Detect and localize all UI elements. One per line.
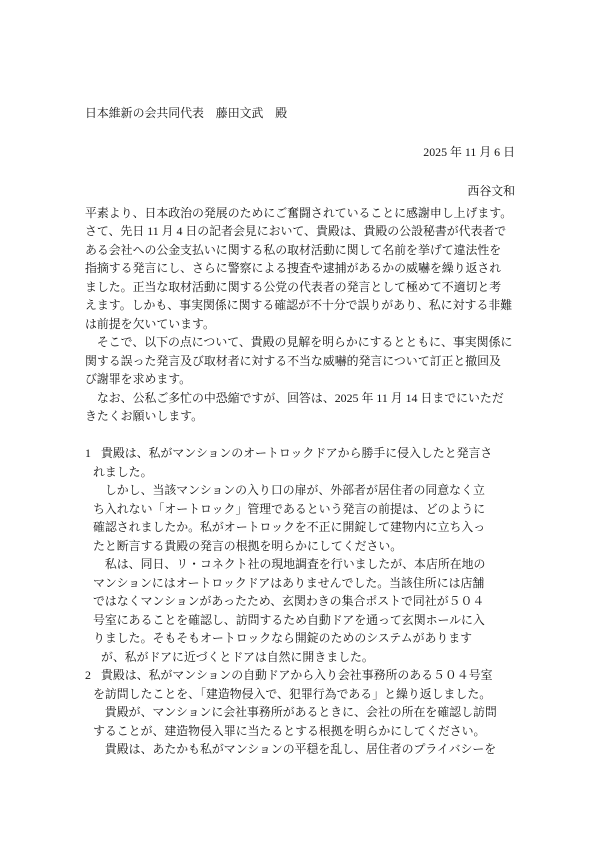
date-line: 2025 年 11 月 6 日 xyxy=(85,143,515,162)
body-line: たと断言する貴殿の発言の根拠を明らかにしてください。 xyxy=(93,537,515,556)
body-line: マンションにはオートロックドアはありませんでした。当該住所には店舗 xyxy=(93,574,515,593)
blank-line xyxy=(85,426,515,445)
body-line: 2貴殿は、私がマンションの自動ドアから入り会社事務所のある５０４号室 xyxy=(93,666,515,685)
body-line: び謝罪を求めます。 xyxy=(85,370,515,389)
letter-document: 日本維新の会共同代表 藤田文武 殿 2025 年 11 月 6 日 西谷文和 平… xyxy=(0,0,595,841)
body-line: 平素より、日本政治の発展のためにご奮闘されていることに感謝申し上げます。 xyxy=(85,204,515,223)
body-line: きたくお願いします。 xyxy=(85,407,515,426)
body-line: することが、建造物侵入罪に当たるとする根拠を明らかにしてください。 xyxy=(93,722,515,741)
body-line: 貴殿が、マンションに会社事務所があるときに、会社の所在を確認し訪問 xyxy=(93,703,515,722)
body-line: 関する誤った発言及び取材者に対する不当な威嚇的発言について訂正と撤回及 xyxy=(85,352,515,371)
body-line: 私は、同日、リ・コネクト社の現地調査を行いましたが、本店所在地の xyxy=(93,555,515,574)
body-line: 号室にあることを確認し、訪問するため自動ドアを通って玄関ホールに入 xyxy=(93,611,515,630)
body-line: ました。正当な取材活動に関する公党の代表者の発言として極めて不適切と考 xyxy=(85,278,515,297)
list-item-number: 1 xyxy=(85,444,101,463)
list-item-number: 2 xyxy=(85,666,101,685)
body-line: しかし、当該マンションの入り口の扉が、外部者が居住者の同意なく立 xyxy=(93,481,515,500)
body-line: えます。しかも、事実関係に関する確認が不十分で誤りがあり、私に対する非難 xyxy=(85,296,515,315)
body-line: ではなくマンションがあったため、玄関わきの集合ポストで同社が５０４ xyxy=(93,592,515,611)
body-line: そこで、以下の点について、貴殿の見解を明らかにするとともに、事実関係に xyxy=(85,333,515,352)
body-line: 1貴殿は、私がマンションのオートロックドアから勝手に侵入したと発言さ xyxy=(93,444,515,463)
body-line: れました。 xyxy=(93,463,515,482)
letter-body: 平素より、日本政治の発展のためにご奮闘されていることに感謝申し上げます。さて、先… xyxy=(85,204,515,759)
body-line: 指摘する発言にし、さらに警察による捜査や逮捕があるかの威嚇を繰り返され xyxy=(85,259,515,278)
body-line: 貴殿は、あたかも私がマンションの平穏を乱し、居住者のプライバシーを xyxy=(93,740,515,759)
body-line: さて、先日 11 月 4 日の記者会見において、貴殿は、貴殿の公設秘書が代表者で xyxy=(85,222,515,241)
body-line: ある会社への公金支払いに関する私の取材活動に関して名前を挙げて違法性を xyxy=(85,241,515,260)
body-line: が、私がドアに近づくとドアは自然に開きました。 xyxy=(101,648,515,667)
sender-line: 西谷文和 xyxy=(85,182,515,201)
body-line: を訪問したことを、「建造物侵入で、犯罪行為である」と繰り返しました。 xyxy=(93,685,515,704)
body-line: 確認されましたか。私がオートロックを不正に開錠して建物内に立ち入っ xyxy=(93,518,515,537)
body-line: ち入れない「オートロック」管理であるという発言の前提は、どのように xyxy=(93,500,515,519)
body-line: は前提を欠いています。 xyxy=(85,315,515,334)
recipient-line: 日本維新の会共同代表 藤田文武 殿 xyxy=(85,104,515,123)
body-line: りました。そもそもオートロックなら開錠のためのシステムがあります xyxy=(93,629,515,648)
body-line: なお、公私ご多忙の中恐縮ですが、回答は、2025 年 11 月 14 日までにい… xyxy=(85,389,515,408)
